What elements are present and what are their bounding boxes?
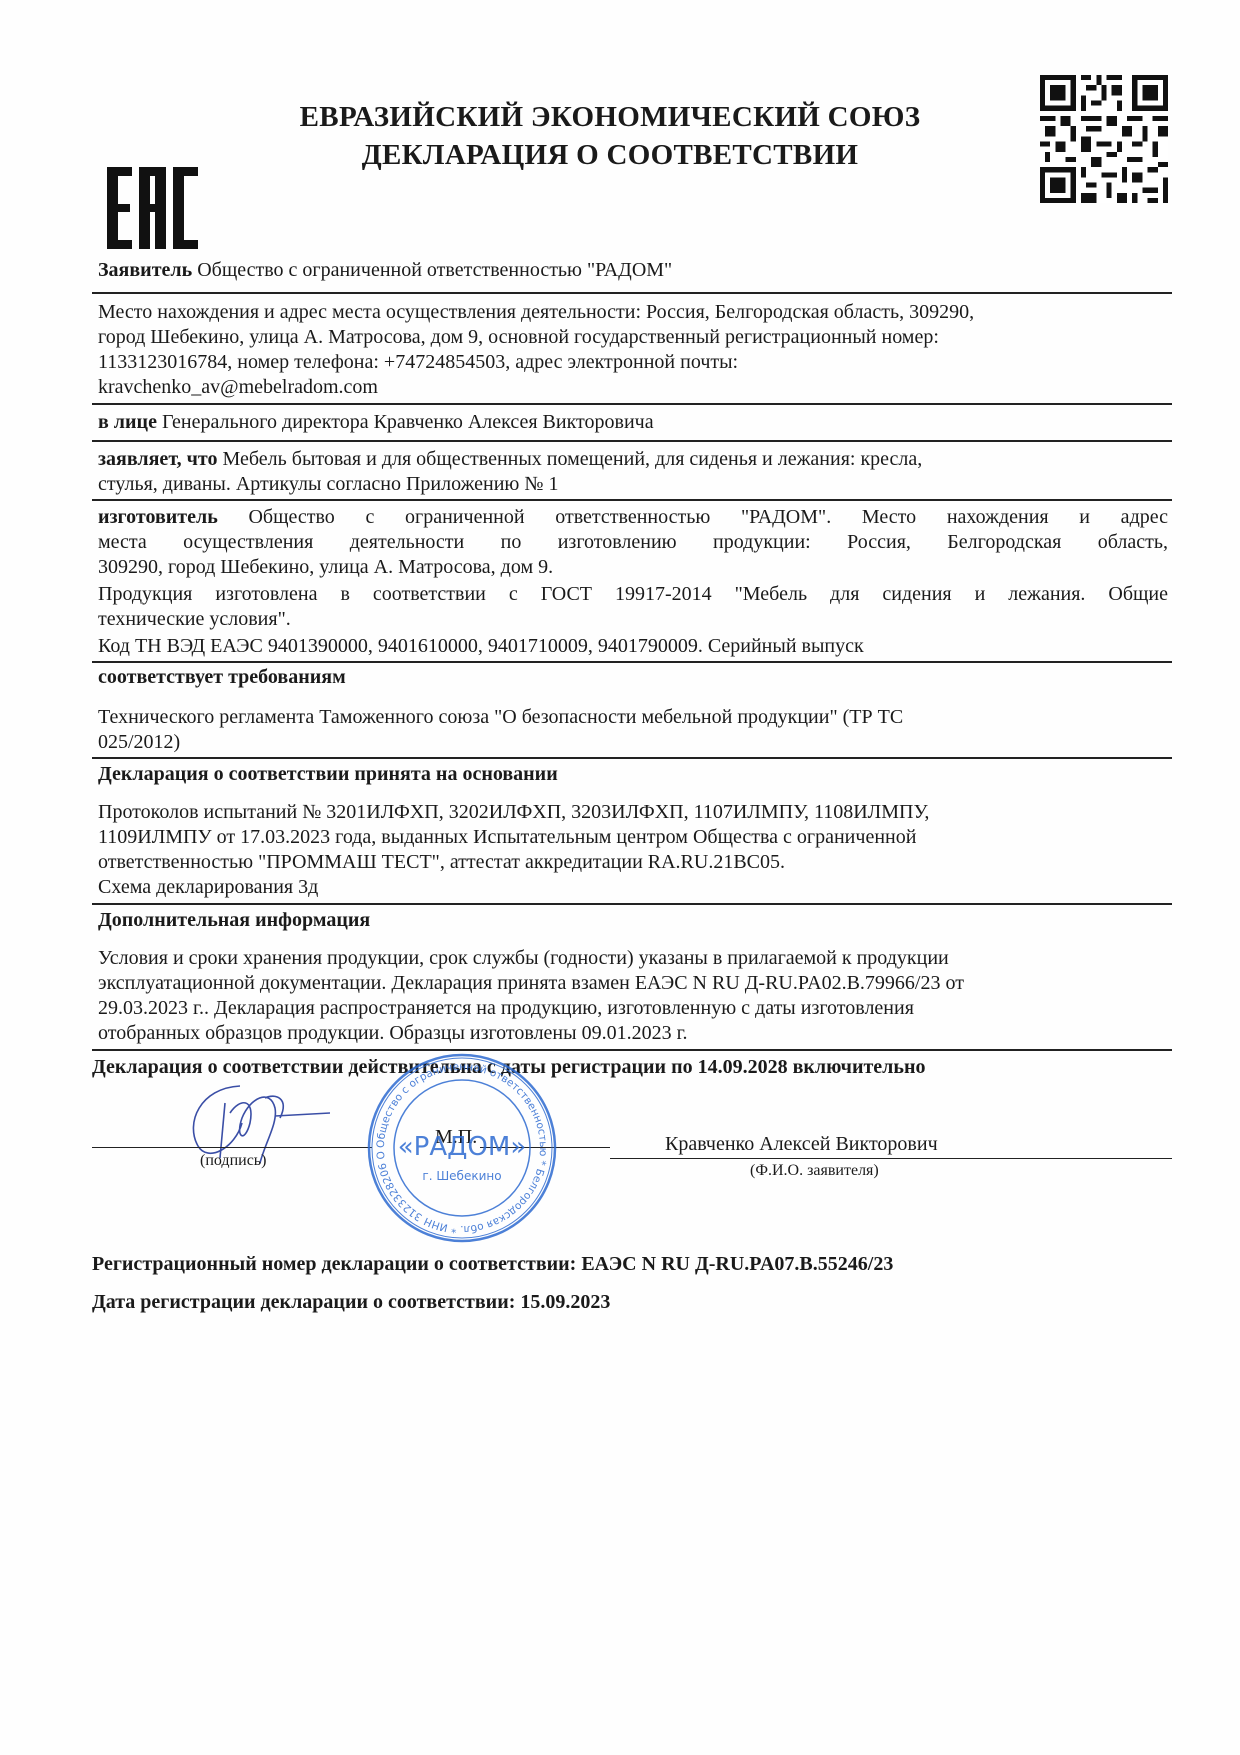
gost-line: Продукция изготовлена в соответствии с Г… — [98, 582, 1168, 607]
signature-caption: (подпись) — [200, 1152, 266, 1170]
requirements-line: Технического регламента Таможенного союз… — [98, 705, 903, 730]
applicant-label: Заявитель — [98, 259, 192, 281]
manufacturer-line: места осуществления деятельности по изго… — [98, 530, 1168, 555]
declares-line: стулья, диваны. Артикулы согласно Прилож… — [98, 472, 558, 497]
requirements-label: соответствует требованиям — [98, 665, 346, 690]
company-stamp-icon: Общество с ограниченной ответственностью… — [366, 1052, 558, 1244]
registration-date-value: 15.09.2023 — [520, 1291, 610, 1313]
registration-date-label: Дата регистрации декларации о соответств… — [92, 1291, 515, 1313]
divider — [92, 403, 1172, 405]
qr-code-icon[interactable] — [1040, 74, 1168, 204]
applicant-row: Заявитель Общество с ограниченной ответс… — [98, 258, 672, 283]
represented-row: в лице Генерального директора Кравченко … — [98, 410, 654, 435]
registration-number-label: Регистрационный номер декларации о соотв… — [92, 1253, 576, 1275]
stamp-city-text: г. Шебекино — [422, 1169, 501, 1183]
registration-number-value: ЕАЭС N RU Д-RU.PA07.B.55246/23 — [581, 1253, 893, 1275]
basis-line: Протоколов испытаний № 3201ИЛФХП, 3202ИЛ… — [98, 800, 929, 825]
basis-line: 1109ИЛМПУ от 17.03.2023 года, выданных И… — [98, 825, 916, 850]
requirements-line: 025/2012) — [98, 730, 180, 755]
registration-date-row: Дата регистрации декларации о соответств… — [92, 1290, 610, 1315]
additional-line: отобранных образцов продукции. Образцы и… — [98, 1021, 688, 1046]
gost-line: технические условия". — [98, 607, 291, 632]
declares-label: заявляет, что — [98, 448, 217, 470]
title-union: ЕВРАЗИЙСКИЙ ЭКОНОМИЧЕСКИЙ СОЮЗ — [180, 98, 1040, 136]
declaration-page: ЕВРАЗИЙСКИЙ ЭКОНОМИЧЕСКИЙ СОЮЗ ДЕКЛАРАЦИ… — [0, 0, 1240, 1755]
divider — [92, 661, 1172, 663]
basis-label: Декларация о соответствии принята на осн… — [98, 762, 558, 787]
declares-line: Мебель бытовая и для общественных помеще… — [222, 448, 922, 470]
signatory-name: Кравченко Алексей Викторович — [665, 1132, 938, 1157]
basis-line: ответственностью "ПРОММАШ ТЕСТ", аттеста… — [98, 850, 785, 875]
eac-logo-icon — [105, 165, 200, 251]
divider — [92, 499, 1172, 501]
applicant-value: Общество с ограниченной ответственностью… — [197, 259, 672, 281]
divider — [92, 903, 1172, 905]
manufacturer-line: Общество с ограниченной ответственностью… — [248, 506, 1168, 528]
divider — [92, 1049, 1172, 1051]
registration-number-row: Регистрационный номер декларации о соотв… — [92, 1252, 893, 1277]
stamp-center-text: «РАДОМ» — [398, 1132, 527, 1162]
divider — [92, 292, 1172, 294]
represented-value: Генерального директора Кравченко Алексея… — [162, 411, 654, 433]
applicant-email: kravchenko_av@mebelradom.com — [98, 375, 378, 400]
manufacturer-line: 309290, город Шебекино, улица А. Матросо… — [98, 555, 553, 580]
applicant-address-line: город Шебекино, улица А. Матросова, дом … — [98, 325, 939, 350]
tn-ved-code-line: Код ТН ВЭД ЕАЭС 9401390000, 9401610000, … — [98, 634, 864, 659]
additional-line: Условия и сроки хранения продукции, срок… — [98, 946, 949, 971]
name-line — [610, 1158, 1172, 1159]
divider — [92, 440, 1172, 442]
applicant-address-line: 1133123016784, номер телефона: +74724854… — [98, 350, 738, 375]
declares-row: заявляет, что Мебель бытовая и для общес… — [98, 447, 922, 472]
declaration-scheme: Схема декларирования 3д — [98, 875, 318, 900]
applicant-address-line: Место нахождения и адрес места осуществл… — [98, 300, 974, 325]
additional-line: эксплуатационной документации. Деклараци… — [98, 971, 964, 996]
additional-label: Дополнительная информация — [98, 908, 370, 933]
title-declaration: ДЕКЛАРАЦИЯ О СООТВЕТСТВИИ — [180, 136, 1040, 174]
additional-line: 29.03.2023 г.. Декларация распространяет… — [98, 996, 914, 1021]
manufacturer-label: изготовитель — [98, 506, 218, 528]
signature-line — [92, 1147, 372, 1148]
name-caption: (Ф.И.О. заявителя) — [750, 1162, 879, 1180]
manufacturer-row: изготовитель Общество с ограниченной отв… — [98, 505, 1168, 530]
represented-label: в лице — [98, 411, 157, 433]
divider — [92, 757, 1172, 759]
